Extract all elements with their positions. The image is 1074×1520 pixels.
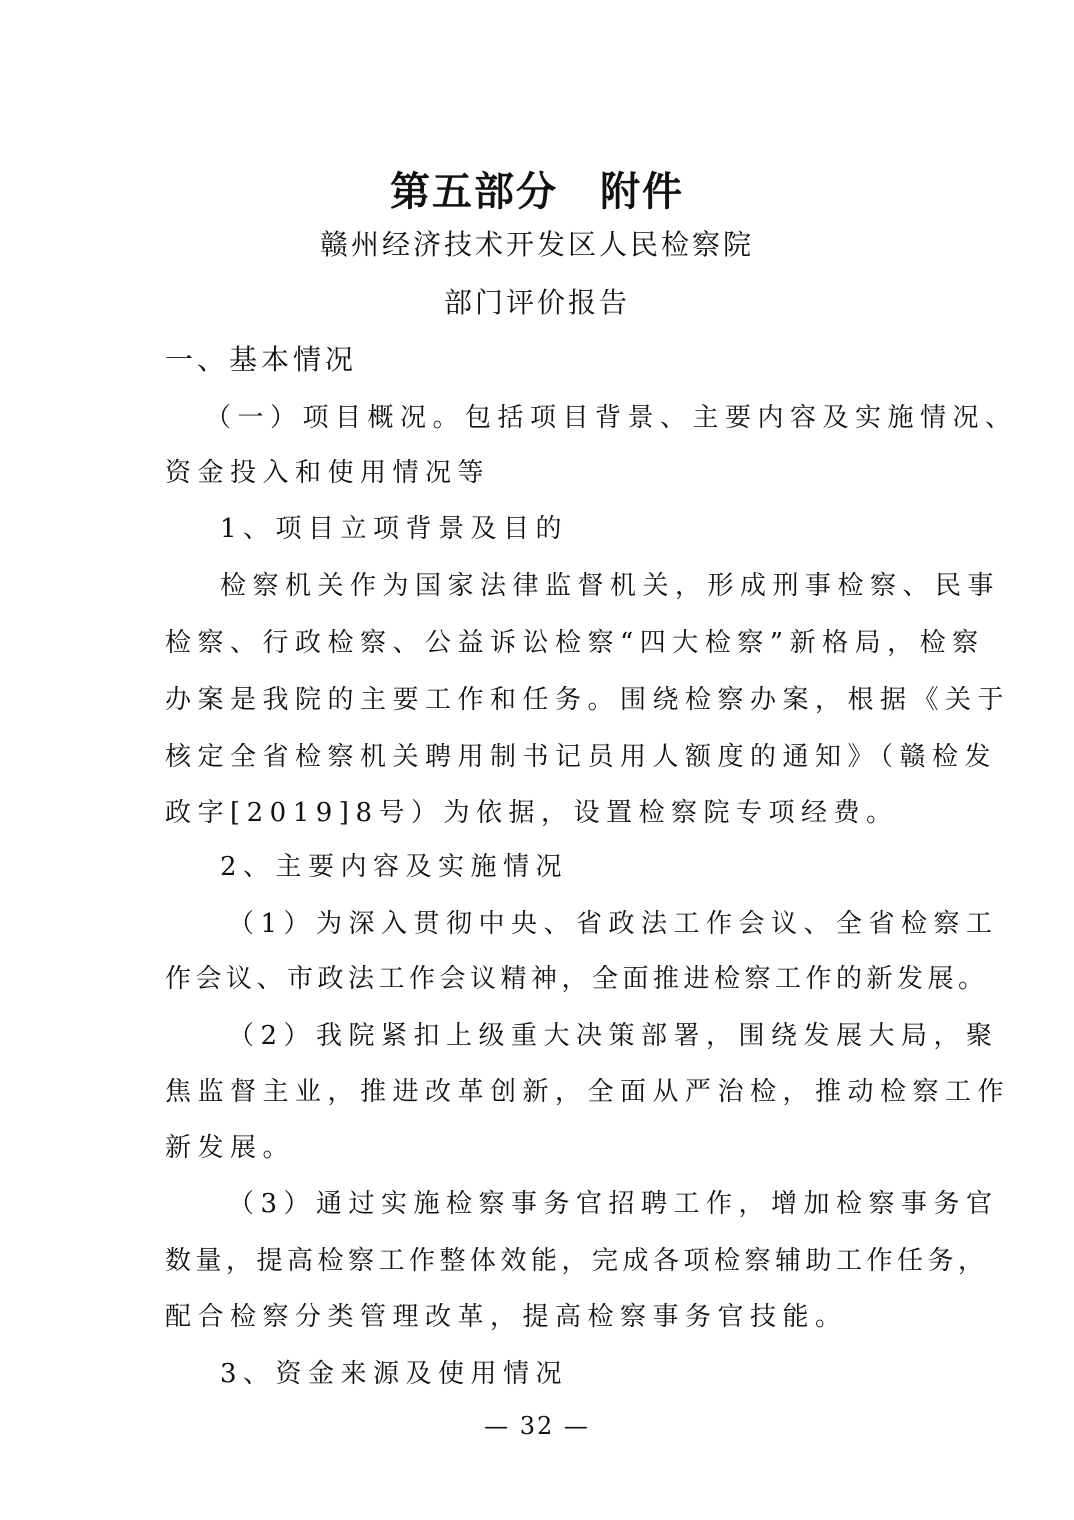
document-page: 第五部分 附件 赣州经济技术开发区人民检察院 部门评价报告 一、基本情况 （一）… [0, 0, 1074, 1520]
subheading: 2、主要内容及实施情况 [220, 846, 970, 883]
paragraph-line: （3）通过实施检察事务官招聘工作，增加检察事务官 [228, 1183, 978, 1220]
paragraph-line: 办案是我院的主要工作和任务。围绕检察办案，根据《关于 [165, 679, 915, 716]
paragraph-line: 焦监督主业，推进改革创新，全面从严治检，推动检察工作 [165, 1071, 915, 1108]
subheading: 3、资金来源及使用情况 [220, 1353, 970, 1390]
paragraph-line: （一）项目概况。包括项目背景、主要内容及实施情况、 [205, 397, 955, 434]
paragraph-line: （2）我院紧扣上级重大决策部署，围绕发展大局，聚 [228, 1015, 978, 1052]
page-number: — 32 — [0, 1412, 1074, 1440]
paragraph-line: 新发展。 [165, 1127, 915, 1164]
paragraph-line: （1）为深入贯彻中央、省政法工作会议、全省检察工 [228, 903, 978, 940]
paragraph-line: 检察机关作为国家法律监督机关，形成刑事检察、民事 [220, 565, 970, 602]
paragraph-line: 配合检察分类管理改革，提高检察事务官技能。 [165, 1296, 915, 1333]
paragraph-line: 政字[2019]8号）为依据，设置检察院专项经费。 [165, 792, 915, 829]
organization-name: 赣州经济技术开发区人民检察院 [0, 223, 1074, 263]
paragraph-line: 检察、行政检察、公益诉讼检察“四大检察”新格局，检察 [165, 622, 915, 659]
section-heading: 一、基本情况 [165, 338, 915, 378]
paragraph-line: 数量，提高检察工作整体效能，完成各项检察辅助工作任务， [165, 1240, 915, 1277]
paragraph-line: 核定全省检察机关聘用制书记员用人额度的通知》（赣检发 [165, 736, 915, 773]
page-title: 第五部分 附件 [0, 160, 1074, 217]
report-title: 部门评价报告 [0, 281, 1074, 321]
paragraph-line: 作会议、市政法工作会议精神，全面推进检察工作的新发展。 [165, 958, 915, 995]
subheading: 1、项目立项背景及目的 [220, 508, 970, 545]
paragraph-line: 资金投入和使用情况等 [165, 452, 915, 489]
